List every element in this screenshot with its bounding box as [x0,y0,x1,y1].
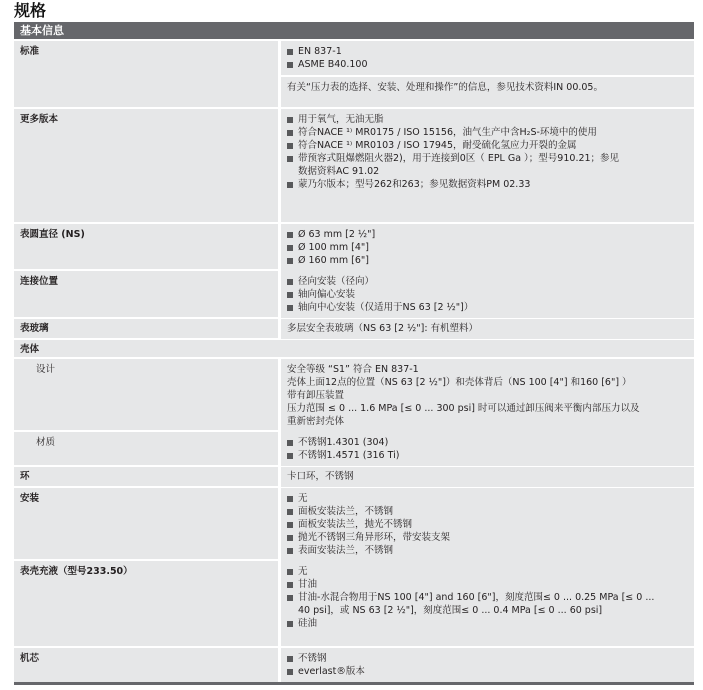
row-window: 表玻璃 多层安全表玻璃（NS 63 [2 ½"]: 有机塑料） [14,319,694,340]
list-item: 表面安装法兰，不锈钢 [287,544,688,557]
row-label: 环 [14,467,281,486]
list-item: 径向安装（径向） [287,275,688,288]
list-item: 甘油 [287,578,688,591]
list-item: 不锈钢1.4571 (316 Ti) [287,449,688,462]
row-case-design: 设计 安全等级 “S1” 符合 EN 837-1 壳体上面12点的位置（NS 6… [14,359,694,432]
design-line: 重新密封壳体 [287,415,688,428]
window-value: 多层安全表玻璃（NS 63 [2 ½"]: 有机塑料） [281,319,694,339]
design-line: 压力范围 ≤ 0 ... 1.6 MPa [≤ 0 ... 300 psi] 时… [287,402,688,415]
row-value: Ø 63 mm [2 ½"] Ø 100 mm [4"] Ø 160 mm [6… [281,224,694,269]
row-ring: 环 卡口环，不锈钢 [14,467,694,488]
row-versions: 更多版本 用于氧气，无油无脂 符合NACE ¹⁾ MR0175 / ISO 15… [14,109,694,224]
standard-note: 有关“压力表的选择、安装、处理和操作”的信息，参见技术资料IN 00.05。 [281,75,694,107]
list-item: 蒙乃尔版本；型号262和263；参见数据资料PM 02.33 [287,178,688,191]
list-item: 抛光不锈钢三角异形环，带安装支架 [287,531,688,544]
list-item: 轴向中心安装（仅适用于NS 63 [2 ½"]） [287,301,688,314]
row-value: 无 甘油 甘油-水混合物用于NS 100 [4"] and 160 [6"]，刻… [281,561,694,646]
row-label: 材质 [14,432,281,465]
row-case-header: 壳体 [14,340,694,359]
row-label: 安装 [14,488,281,559]
row-value: 无 面板安装法兰，不锈钢 面板安装法兰，抛光不锈钢 抛光不锈钢三角异形环，带安装… [281,488,694,559]
row-label: 表圆直径 (NS) [14,224,281,269]
list-item: 无 [287,492,688,505]
row-movement: 机芯 不锈钢 everlast®版本 [14,648,694,682]
row-value: EN 837-1 ASME B40.100 有关“压力表的选择、安装、处理和操作… [281,41,694,107]
design-line: 壳体上面12点的位置（NS 63 [2 ½"]）和壳体背后（NS 100 [4"… [287,376,688,389]
row-value: 径向安装（径向） 轴向偏心安装 轴向中心安装（仅适用于NS 63 [2 ½"]） [281,271,694,317]
section-header: 基本信息 [14,22,694,41]
row-standard: 标准 EN 837-1 ASME B40.100 有关“压力表的选择、安装、处理… [14,41,694,109]
row-label: 表玻璃 [14,319,281,338]
design-line: 带有卸压装置 [287,389,688,402]
row-label: 表壳充液（型号233.50） [14,561,281,646]
list-item: 带预容式阻爆燃阻火器2)，用于连接到0区（ EPL Ga ）；型号910.21；… [287,152,688,178]
row-value: 安全等级 “S1” 符合 EN 837-1 壳体上面12点的位置（NS 63 [… [281,359,694,430]
list-item: EN 837-1 [287,45,688,58]
list-item: 符合NACE ¹⁾ MR0103 / ISO 17945，耐受硫化氢应力开裂的金… [287,139,688,152]
list-item: 轴向偏心安装 [287,288,688,301]
list-item: 无 [287,565,688,578]
row-label: 更多版本 [14,109,281,222]
list-item: 甘油-水混合物用于NS 100 [4"] and 160 [6"]，刻度范围≤ … [287,591,688,617]
row-value: 不锈钢 everlast®版本 [281,648,694,682]
row-value: 不锈钢1.4301 (304) 不锈钢1.4571 (316 Ti) [281,432,694,465]
row-value: 卡口环，不锈钢 [281,467,694,486]
list-item: Ø 160 mm [6"] [287,254,688,267]
list-item: 面板安装法兰，不锈钢 [287,505,688,518]
row-mounting: 安装 无 面板安装法兰，不锈钢 面板安装法兰，抛光不锈钢 抛光不锈钢三角异形环，… [14,488,694,561]
page-title: 规格 [14,1,46,21]
row-value: 多层安全表玻璃（NS 63 [2 ½"]: 有机塑料） [281,319,694,338]
list-item: 不锈钢 [287,652,688,665]
row-case-filling: 表壳充液（型号233.50） 无 甘油 甘油-水混合物用于NS 100 [4"]… [14,561,694,648]
ring-value: 卡口环，不锈钢 [281,467,694,487]
standard-bullets: EN 837-1 ASME B40.100 [281,41,694,75]
row-nominal-size: 表圆直径 (NS) Ø 63 mm [2 ½"] Ø 100 mm [4"] Ø… [14,224,694,271]
row-case-material: 材质 不锈钢1.4301 (304) 不锈钢1.4571 (316 Ti) [14,432,694,467]
design-line: 安全等级 “S1” 符合 EN 837-1 [287,363,688,376]
list-item: 不锈钢1.4301 (304) [287,436,688,449]
list-item: 硅油 [287,617,688,630]
row-label: 机芯 [14,648,281,682]
list-item: Ø 100 mm [4"] [287,241,688,254]
spec-table: 基本信息 标准 EN 837-1 ASME B40.100 有关“压力表的选择、… [14,22,694,685]
row-label: 标准 [14,41,281,107]
list-item: ASME B40.100 [287,58,688,71]
row-connection-location: 连接位置 径向安装（径向） 轴向偏心安装 轴向中心安装（仅适用于NS 63 [2… [14,271,694,319]
list-item: Ø 63 mm [2 ½"] [287,228,688,241]
row-label: 连接位置 [14,271,281,317]
row-value: 用于氧气，无油无脂 符合NACE ¹⁾ MR0175 / ISO 15156，油… [281,109,694,222]
list-item: 用于氧气，无油无脂 [287,113,688,126]
row-label: 设计 [14,359,281,430]
list-item: everlast®版本 [287,665,688,678]
list-item: 面板安装法兰，抛光不锈钢 [287,518,688,531]
list-item: 符合NACE ¹⁾ MR0175 / ISO 15156，油气生产中含H₂S-环… [287,126,688,139]
table-bottom-rule [14,682,694,685]
